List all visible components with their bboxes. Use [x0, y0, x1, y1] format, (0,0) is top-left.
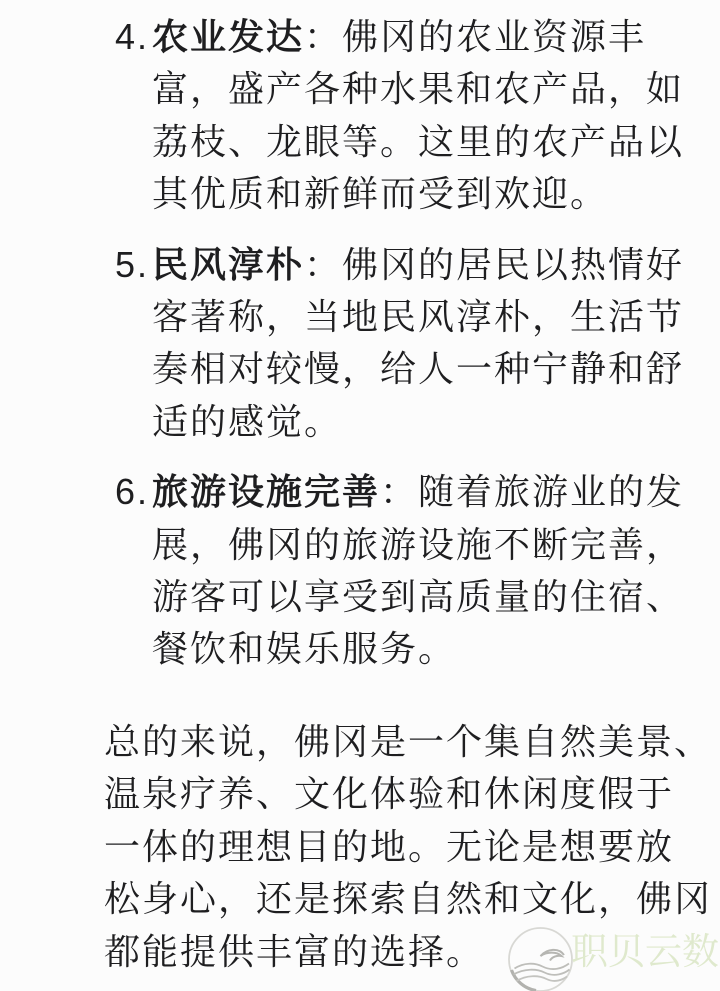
list-item-text: 旅游设施完善：随着旅游业的发 展，佛冈的旅游设施不断完善， 游客可以享受到高质量…	[152, 466, 712, 676]
list-item-number: 4.	[115, 11, 149, 63]
list-item-number: 5.	[115, 239, 149, 291]
item-heading: 民风淳朴	[152, 244, 304, 285]
text-line: 客著称，当地民风淳朴，生活节	[152, 291, 712, 343]
text-line: 民风淳朴：佛冈的居民以热情好	[152, 239, 712, 291]
text-line-rest: 佛冈的农业资源丰	[342, 16, 646, 57]
text-line: 农业发达：佛冈的农业资源丰	[152, 11, 712, 63]
watermark-text: 职贝云数	[571, 931, 719, 973]
list-item-number: 6.	[115, 466, 149, 518]
text-line: 游客可以享受到高质量的住宿、	[152, 571, 712, 623]
list-item-text: 农业发达：佛冈的农业资源丰 富，盛产各种水果和农产品，如 荔枝、龙眼等。这里的农…	[152, 11, 712, 221]
text-line-rest: 佛冈的居民以热情好	[342, 244, 684, 285]
wave-logo-icon	[507, 926, 574, 991]
text-line: 餐饮和娱乐服务。	[152, 623, 712, 675]
text-line: 总的来说，佛冈是一个集自然美景、	[104, 716, 712, 768]
text-line: 荔枝、龙眼等。这里的农产品以	[152, 116, 712, 168]
text-line: 适的感觉。	[152, 396, 712, 448]
text-line: 温泉疗养、文化体验和休闲度假于	[104, 768, 712, 820]
text-line: 其优质和新鲜而受到欢迎。	[152, 168, 712, 220]
list-item-text: 民风淳朴：佛冈的居民以热情好 客著称，当地民风淳朴，生活节 奏相对较慢，给人一种…	[152, 239, 712, 449]
list-item: 4. 农业发达：佛冈的农业资源丰 富，盛产各种水果和农产品，如 荔枝、龙眼等。这…	[104, 11, 712, 221]
text-line: 富，盛产各种水果和农产品，如	[152, 63, 712, 115]
text-line: 一体的理想目的地。无论是想要放	[104, 821, 712, 873]
list-item: 5. 民风淳朴：佛冈的居民以热情好 客著称，当地民风淳朴，生活节 奏相对较慢，给…	[104, 239, 712, 449]
text-line: 松身心，还是探索自然和文化，佛冈	[104, 873, 712, 925]
text-line: 旅游设施完善：随着旅游业的发	[152, 466, 712, 518]
text-line: 展，佛冈的旅游设施不断完善，	[152, 519, 712, 571]
list-item: 6. 旅游设施完善：随着旅游业的发 展，佛冈的旅游设施不断完善， 游客可以享受到…	[104, 466, 712, 676]
text-line-rest: 随着旅游业的发	[418, 471, 684, 512]
item-heading: 农业发达	[152, 16, 304, 57]
item-colon: ：	[304, 16, 342, 57]
text-line: 奏相对较慢，给人一种宁静和舒	[152, 343, 712, 395]
item-heading: 旅游设施完善	[152, 471, 380, 512]
item-colon: ：	[380, 471, 418, 512]
article-body: 4. 农业发达：佛冈的农业资源丰 富，盛产各种水果和农产品，如 荔枝、龙眼等。这…	[104, 11, 712, 978]
item-colon: ：	[304, 244, 342, 285]
